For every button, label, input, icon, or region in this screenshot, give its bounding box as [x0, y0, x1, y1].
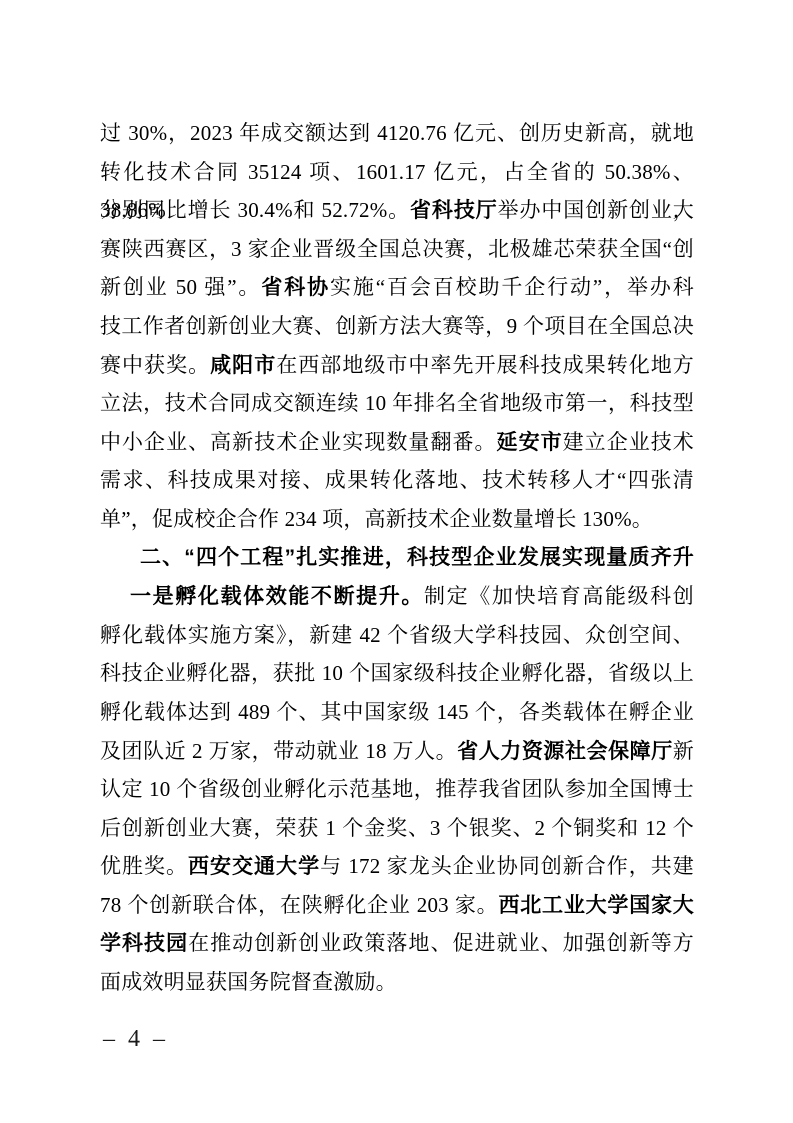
bold-term: 学科技园 — [100, 931, 188, 955]
text-line: 78 个创新联合体，在陕孵化企业 203 家。西北工业大学国家大 — [100, 886, 694, 925]
bold-term: 延安市 — [497, 430, 563, 454]
bold-term: 一是孵化载体效能不断提升。 — [130, 584, 424, 608]
paragraph-section-2-item-1: 一是孵化载体效能不断提升。制定《加快培育高能级科创孵化载体实施方案》，新建 42… — [100, 577, 694, 1002]
bold-term: 西北工业大学国家大 — [498, 893, 694, 917]
bold-term: 省科技厅 — [410, 198, 498, 222]
text-line: 科技企业孵化器，获批 10 个国家级科技企业孵化器，省级以上 — [100, 654, 694, 693]
text-run: 中小企业、高新技术企业实现数量翻番。 — [100, 430, 497, 454]
text-line: 中小企业、高新技术企业实现数量翻番。延安市建立企业技术 — [100, 423, 694, 462]
text-run: 单”，促成校企合作 234 项，高新技术企业数量增长 130%。 — [100, 507, 653, 531]
text-run: 立法，技术合同成交额连续 10 年排名全省地级市第一，科技型 — [100, 391, 694, 415]
page-number: – 4 – — [103, 1024, 165, 1054]
text-line: 二、“四个工程”扎实推进，科技型企业发展实现量质齐升 — [100, 539, 694, 578]
text-line: 分别同比增长 30.4%和 52.72%。省科技厅举办中国创新创业大 — [100, 191, 694, 230]
text-line: 面成效明显获国务院督查激励。 — [100, 963, 694, 1002]
bold-term: 西安交通大学 — [188, 854, 320, 878]
text-line: 后创新创业大赛，荣获 1 个金奖、3 个银奖、2 个铜奖和 12 个 — [100, 809, 694, 848]
text-run: 孵化载体实施方案》，新建 42 个省级大学科技园、众创空间、 — [100, 623, 694, 647]
text-run: 在西部地级市中率先开展科技成果转化地方 — [276, 353, 694, 377]
text-run: 建立企业技术 — [563, 430, 694, 454]
text-run: 优胜奖。 — [100, 854, 188, 878]
text-line: 及团队近 2 万家，带动就业 18 万人。省人力资源社会保障厅新 — [100, 732, 694, 771]
text-line: 赛中获奖。咸阳市在西部地级市中率先开展科技成果转化地方 — [100, 346, 694, 385]
text-run: 制定《加快培育高能级科创 — [424, 584, 694, 608]
text-run: 面成效明显获国务院督查激励。 — [100, 970, 397, 994]
text-run: 与 172 家龙头企业协同创新合作，共建 — [320, 854, 694, 878]
text-run: 过 30%，2023 年成交额达到 4120.76 亿元、创历史新高，就地 — [100, 121, 694, 145]
text-run: 孵化载体达到 489 个、其中国家级 145 个，各类载体在孵企业 — [100, 700, 694, 724]
text-line: 赛陕西赛区，3 家企业晋级全国总决赛，北极雄芯荣获全国“创 — [100, 230, 694, 269]
text-run: 分别同比增长 30.4%和 52.72%。 — [100, 198, 410, 222]
text-run: 举办中国创新创业大 — [498, 198, 694, 222]
bold-term: 省科协 — [261, 275, 330, 299]
bold-term: 咸阳市 — [210, 353, 276, 377]
document-page: 过 30%，2023 年成交额达到 4120.76 亿元、创历史新高，就地转化技… — [0, 0, 793, 1123]
paragraph-continued-section-1: 过 30%，2023 年成交额达到 4120.76 亿元、创历史新高，就地转化技… — [100, 114, 694, 539]
text-line: 需求、科技成果对接、成果转化落地、技术转移人才“四张清 — [100, 461, 694, 500]
text-run: 实施“百会百校助千企行动”，举办科 — [330, 275, 694, 299]
text-run: 78 个创新联合体，在陕孵化企业 203 家。 — [100, 893, 498, 917]
text-line: 学科技园在推动创新创业政策落地、促进就业、加强创新等方 — [100, 924, 694, 963]
text-run: 赛中获奖。 — [100, 353, 210, 377]
text-line: 优胜奖。西安交通大学与 172 家龙头企业协同创新合作，共建 — [100, 847, 694, 886]
text-run: 及团队近 2 万家，带动就业 18 万人。 — [100, 739, 457, 763]
text-line: 过 30%，2023 年成交额达到 4120.76 亿元、创历史新高，就地 — [100, 114, 694, 153]
text-line: 技工作者创新创业大赛、创新方法大赛等，9 个项目在全国总决 — [100, 307, 694, 346]
text-line: 单”，促成校企合作 234 项，高新技术企业数量增长 130%。 — [100, 500, 694, 539]
section-2-heading: 二、“四个工程”扎实推进，科技型企业发展实现量质齐升 — [100, 539, 694, 578]
text-line: 转化技术合同 35124 项、1601.17 亿元，占全省的 50.38%、38… — [100, 153, 694, 192]
bold-term: 省人力资源社会保障厅 — [457, 739, 673, 763]
bold-term: 二、“四个工程”扎实推进，科技型企业发展实现量质齐升 — [140, 546, 694, 569]
text-line: 新创业 50 强”。省科协实施“百会百校助千企行动”，举办科 — [100, 268, 694, 307]
text-line: 认定 10 个省级创业孵化示范基地，推荐我省团队参加全国博士 — [100, 770, 694, 809]
text-run: 新 — [673, 739, 694, 763]
text-run: 赛陕西赛区，3 家企业晋级全国总决赛，北极雄芯荣获全国“创 — [100, 237, 694, 261]
text-run: 认定 10 个省级创业孵化示范基地，推荐我省团队参加全国博士 — [100, 777, 694, 801]
text-line: 立法，技术合同成交额连续 10 年排名全省地级市第一，科技型 — [100, 384, 694, 423]
text-run: 在推动创新创业政策落地、促进就业、加强创新等方 — [188, 931, 694, 955]
text-line: 一是孵化载体效能不断提升。制定《加快培育高能级科创 — [100, 577, 694, 616]
text-line: 孵化载体达到 489 个、其中国家级 145 个，各类载体在孵企业 — [100, 693, 694, 732]
text-run: 新创业 50 强”。 — [100, 275, 261, 299]
text-line: 孵化载体实施方案》，新建 42 个省级大学科技园、众创空间、 — [100, 616, 694, 655]
text-run: 技工作者创新创业大赛、创新方法大赛等，9 个项目在全国总决 — [100, 314, 694, 338]
text-run: 需求、科技成果对接、成果转化落地、技术转移人才“四张清 — [100, 468, 694, 492]
text-run: 后创新创业大赛，荣获 1 个金奖、3 个银奖、2 个铜奖和 12 个 — [100, 816, 694, 840]
document-body: 过 30%，2023 年成交额达到 4120.76 亿元、创历史新高，就地转化技… — [100, 114, 694, 1002]
text-run: 科技企业孵化器，获批 10 个国家级科技企业孵化器，省级以上 — [100, 661, 694, 685]
